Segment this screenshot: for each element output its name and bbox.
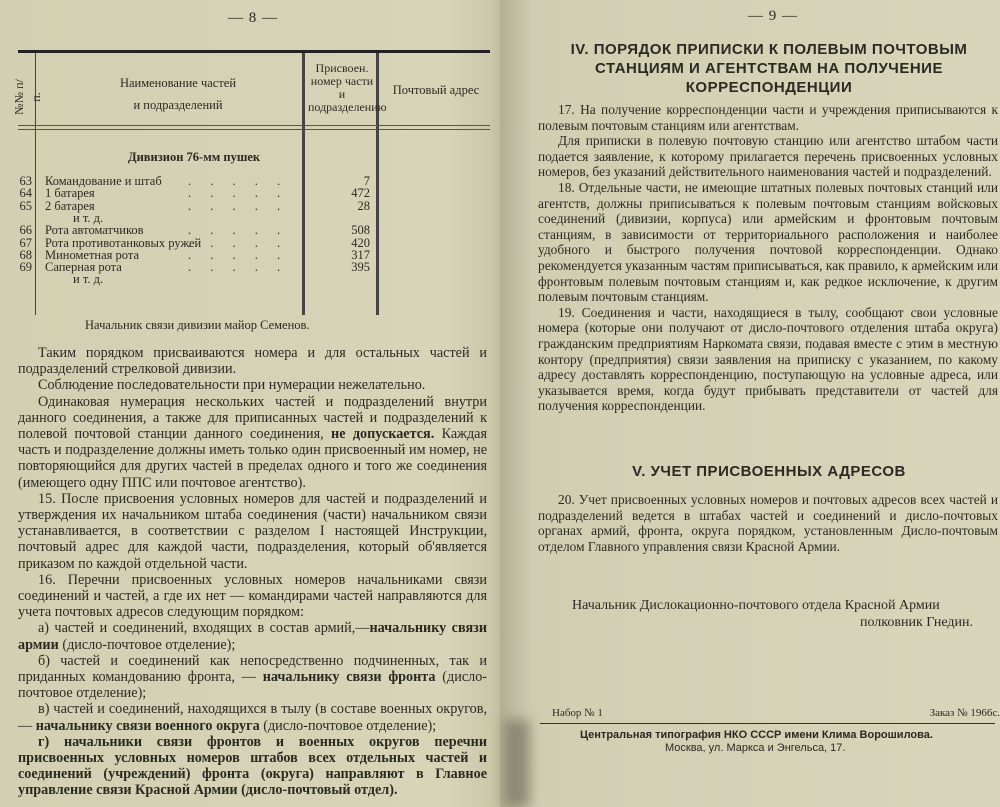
item-v: в) частей и соединений, находящихся в ты…: [18, 701, 487, 733]
imprint-printer: Центральная типография НКО СССР имени Кл…: [580, 729, 933, 741]
leader-dots: . . . . . . . . . . . .: [188, 187, 296, 199]
row-number: 66: [18, 224, 32, 236]
paragraph-15: 15. После присвоения условных номеров дл…: [18, 491, 487, 572]
item-a: а) частей и соединений, входящих в соста…: [18, 620, 487, 652]
section-4-title: IV. ПОРЯДОК ПРИПИСКИ К ПОЛЕВЫМ ПОЧТОВЫМ …: [538, 40, 1000, 97]
header-name: Наименование частей и подразделений: [78, 72, 278, 116]
unit-name: и т. д.: [73, 273, 103, 285]
body-text: 20. Учет присвоенных условных номеров и …: [538, 492, 998, 554]
leader-dots: . . . . . . . . . . . .: [188, 249, 296, 261]
unit-name: Саперная рота: [45, 261, 122, 273]
imprint-set: Набор № 1: [552, 707, 603, 719]
unit-name: 1 батарея: [45, 187, 95, 199]
table-row: 68Минометная рота. . . . . . . . . . . .…: [18, 249, 490, 261]
item-b: б) частей и соединений как непосредствен…: [18, 653, 487, 702]
document-spread: — 8 — №№ п/п. Наименование частей и подр…: [0, 0, 1000, 807]
table-row: и т. д.: [18, 273, 490, 285]
row-number: 67: [18, 237, 32, 249]
signature: Начальник связи дивизии майор Семенов.: [85, 318, 310, 333]
unit-name: 2 батарея: [45, 200, 95, 212]
table-row: 652 батарея. . . . . . . . . . . .28: [18, 200, 490, 212]
paragraph: Соблюдение последовательности при нумера…: [18, 377, 487, 393]
unit-number-table: №№ п/п. Наименование частей и подразделе…: [18, 50, 490, 320]
paragraph-17: 17. На получение корреспонденции части и…: [538, 102, 998, 133]
paragraph-19: 19. Соединения и части, находящиеся в ты…: [538, 305, 998, 414]
leader-dots: . . . . . . . . . . . .: [188, 224, 296, 236]
page-number: — 9 —: [748, 8, 798, 25]
body-text: Таким порядком присваиваются номера и дл…: [18, 345, 487, 799]
leader-dots: . . . . . . . . . . . .: [188, 175, 296, 187]
paragraph: Одинаковая нумерация нескольких частей и…: [18, 394, 487, 491]
assigned-number: 28: [318, 200, 370, 212]
assigned-number: 472: [318, 187, 370, 199]
row-number: 63: [18, 175, 32, 187]
row-number: 64: [18, 187, 32, 199]
section-5-title: V. УЧЕТ ПРИСВОЕННЫХ АДРЕСОВ: [538, 462, 1000, 481]
header-postal-address: Почтовый адрес: [386, 82, 486, 99]
row-number: 65: [18, 200, 32, 212]
paragraph: Таким порядком присваиваются номера и дл…: [18, 345, 487, 377]
imprint-address: Москва, ул. Маркса и Энгельса, 17.: [665, 742, 845, 754]
assigned-number: 395: [318, 261, 370, 273]
signature-name: полковник Гнедин.: [860, 615, 973, 631]
assigned-number: 317: [318, 249, 370, 261]
right-page: — 9 — IV. ПОРЯДОК ПРИПИСКИ К ПОЛЕВЫМ ПОЧ…: [510, 0, 1000, 807]
signature-title: Начальник Дислокационно-почтового отдела…: [572, 598, 940, 614]
header-rule: [18, 125, 490, 130]
item-g: г) начальники связи фронтов и военных ок…: [18, 734, 487, 799]
table-row: 69Саперная рота. . . . . . . . . . . .39…: [18, 261, 490, 273]
unit-name: Командование и штаб: [45, 175, 162, 187]
header-name-line2: и подразделений: [78, 94, 278, 116]
header-number: №№ п/п.: [11, 77, 45, 117]
assigned-number: 508: [318, 224, 370, 236]
unit-name: Рота автоматчиков: [45, 224, 144, 236]
assigned-number: 420: [318, 237, 370, 249]
leader-dots: . . . . . . . . . . . .: [188, 200, 296, 212]
unit-name: Минометная рота: [45, 249, 139, 261]
assigned-number: 7: [318, 175, 370, 187]
leader-dots: . . . . . . . . . . . .: [188, 237, 296, 249]
header-name-line1: Наименование частей: [78, 72, 278, 94]
page-number: — 8 —: [228, 10, 278, 27]
table-row: и т. д.: [18, 212, 490, 224]
unit-name: и т. д.: [73, 212, 103, 224]
table-top-rule: [18, 50, 490, 53]
body-text: 17. На получение корреспонденции части и…: [538, 102, 998, 414]
paragraph-18: 18. Отдельные части, не имеющие штатных …: [538, 180, 998, 305]
table-row: 67Рота противотанковых ружей. . . . . . …: [18, 237, 490, 249]
imprint-order: Заказ № 1966с.: [930, 707, 1000, 719]
row-number: 69: [18, 261, 32, 273]
paragraph-16: 16. Перечни присвоенных условных номеров…: [18, 572, 487, 621]
header-assigned-number: Присвоен. номер части и подразделению: [308, 62, 376, 114]
section-title: Дивизион 76-мм пушек: [128, 150, 260, 165]
table-row: 641 батарея. . . . . . . . . . . .472: [18, 187, 490, 199]
unit-name: Рота противотанковых ружей: [45, 237, 201, 249]
row-number: 68: [18, 249, 32, 261]
table-row: 63Командование и штаб. . . . . . . . . .…: [18, 175, 490, 187]
left-page: — 8 — №№ п/п. Наименование частей и подр…: [0, 0, 500, 807]
paragraph-20: 20. Учет присвоенных условных номеров и …: [538, 492, 998, 554]
leader-dots: . . . . . . . . . . . .: [188, 261, 296, 273]
table-row: 66Рота автоматчиков. . . . . . . . . . .…: [18, 224, 490, 236]
imprint-rule: [540, 723, 995, 724]
paragraph: Для приписки в полевую почтовую станцию …: [538, 133, 998, 180]
